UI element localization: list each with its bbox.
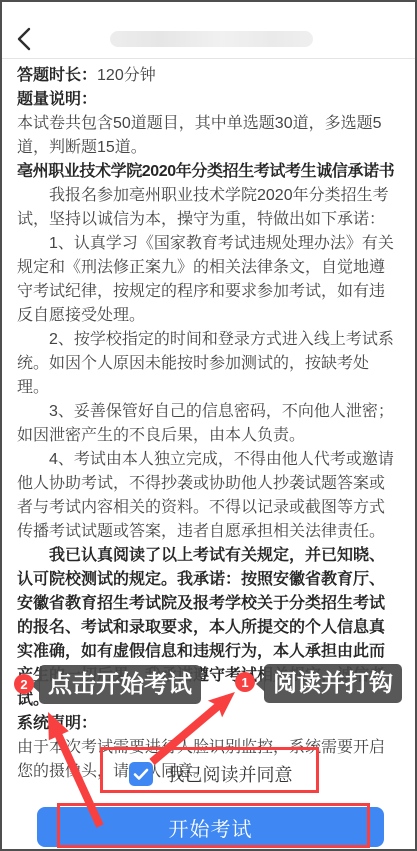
duration-line: 答题时长：120分钟: [17, 64, 400, 88]
quantity-label-line: 题量说明：: [17, 88, 400, 112]
commitment-paragraph: 2、按学校指定的时间和登录方式进入线上考试系统。如因个人原因未能按时参加测试的，…: [17, 328, 400, 400]
exam-notice-content: 答题时长：120分钟 题量说明： 本试卷共包含50道题目，其中单选题30道，多选…: [2, 59, 415, 784]
exam-notice-page: 答题时长：120分钟 题量说明： 本试卷共包含50道题目，其中单选题30道，多选…: [0, 0, 417, 851]
chevron-left-icon: [15, 26, 37, 52]
header: [2, 2, 415, 59]
commitment-title: 亳州职业技术学院2020年分类招生考试考生诚信承诺书: [17, 160, 400, 184]
checkmark-icon: [133, 768, 149, 781]
quantity-label: 题量说明：: [17, 91, 97, 108]
commitment-paragraph: 3、妥善保管好自己的信息密码，不向他人泄密；如因泄密产生的不良后果，由本人负责。: [17, 400, 400, 448]
commitment-paragraph: 1、认真学习《国家教育考试违规处理办法》有关规定和《刑法修正案九》的相关法律条文…: [17, 232, 400, 328]
system-statement-label: 系统声明：: [17, 715, 97, 732]
start-exam-button[interactable]: 开始考试: [37, 807, 384, 847]
back-button[interactable]: [15, 26, 37, 52]
quantity-text: 本试卷共包含50道题目，其中单选题30道，多选题5道，判断题15道。: [17, 112, 400, 160]
commitment-paragraph: 4、考试由本人独立完成，不得由他人代考或邀请他人协助考试，不得抄袭或协助他人抄袭…: [17, 448, 400, 544]
agreement-row: 我已阅读并同意: [2, 759, 417, 789]
system-statement-label-line: 系统声明：: [17, 712, 400, 736]
commitment-pledge-paragraph: 我已认真阅读了以上考试有关规定，并已知晓、认可院校测试的规定。我承诺：按照安徽省…: [17, 544, 400, 712]
duration-value: 120分钟: [97, 67, 156, 84]
duration-label: 答题时长：: [17, 67, 97, 84]
commitment-paragraph: 我报名参加亳州职业技术学院2020年分类招生考试，坚持以诚信为本，操守为重，特做…: [17, 184, 400, 232]
agreement-label[interactable]: 我已阅读并同意: [167, 761, 293, 787]
page-title-redacted: [110, 31, 313, 47]
agreement-checkbox[interactable]: [129, 762, 153, 786]
